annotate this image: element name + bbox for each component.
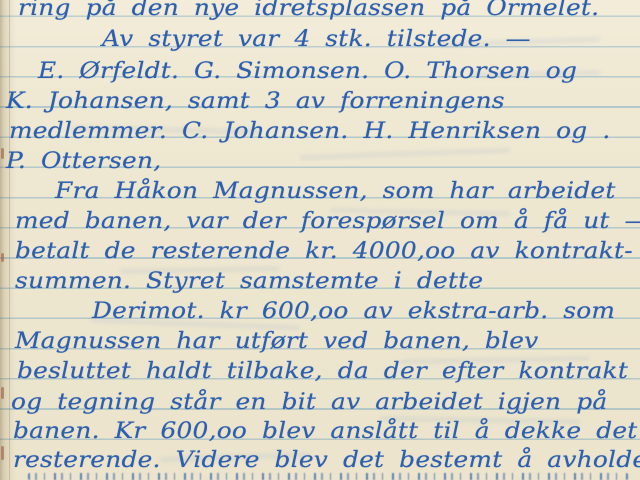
handwritten-line: besluttet haldt tilbake, da der efter ko… xyxy=(17,359,628,385)
handwritten-line: P. Ottersen, xyxy=(6,149,161,175)
page-edge-mark xyxy=(1,446,4,460)
handwritten-line: banen. Kr 600,oo blev anslått til å dekk… xyxy=(13,419,638,445)
page-edge-line xyxy=(9,0,10,480)
handwritten-line: Av styret var 4 stk. tilstede. — xyxy=(102,27,531,53)
handwritten-line: ring på den nye idretsplassen på Ormelet… xyxy=(18,0,599,22)
ink-bleedthrough-mark xyxy=(300,148,510,159)
handwritten-line: resterende. Videre blev det bestemt å av… xyxy=(13,448,640,474)
page-edge-mark xyxy=(1,253,4,262)
handwritten-line: Fra Håkon Magnussen, som har arbeidet xyxy=(55,179,616,205)
handwritten-line: K. Johansen, samt 3 av forreningens xyxy=(6,89,505,115)
handwritten-line: Derimot. kr 600,oo av ekstra-arb. som xyxy=(92,299,615,325)
partial-bottom-line-ink xyxy=(28,473,628,480)
handwritten-line: E. Ørfeldt. G. Simonsen. O. Thorsen og xyxy=(38,59,577,85)
handwritten-line: betalt de resterende kr. 4000,oo av kont… xyxy=(15,239,633,265)
scanned-handwritten-page: ring på den nye idretsplassen på Ormelet… xyxy=(0,0,640,480)
handwritten-line: med banen, var der forespørsel om å få u… xyxy=(15,209,640,235)
handwritten-line: medlemmer. C. Johansen. H. Henriksen og … xyxy=(9,119,610,145)
page-edge-mark xyxy=(1,387,4,399)
handwritten-line: summen. Styret samstemte i dette xyxy=(15,269,483,295)
page-edge-mark xyxy=(1,148,4,159)
handwritten-line: og tegning står en bit av arbeidet igjen… xyxy=(11,390,607,416)
handwritten-line: Magnussen har utført ved banen, blev xyxy=(15,329,538,355)
